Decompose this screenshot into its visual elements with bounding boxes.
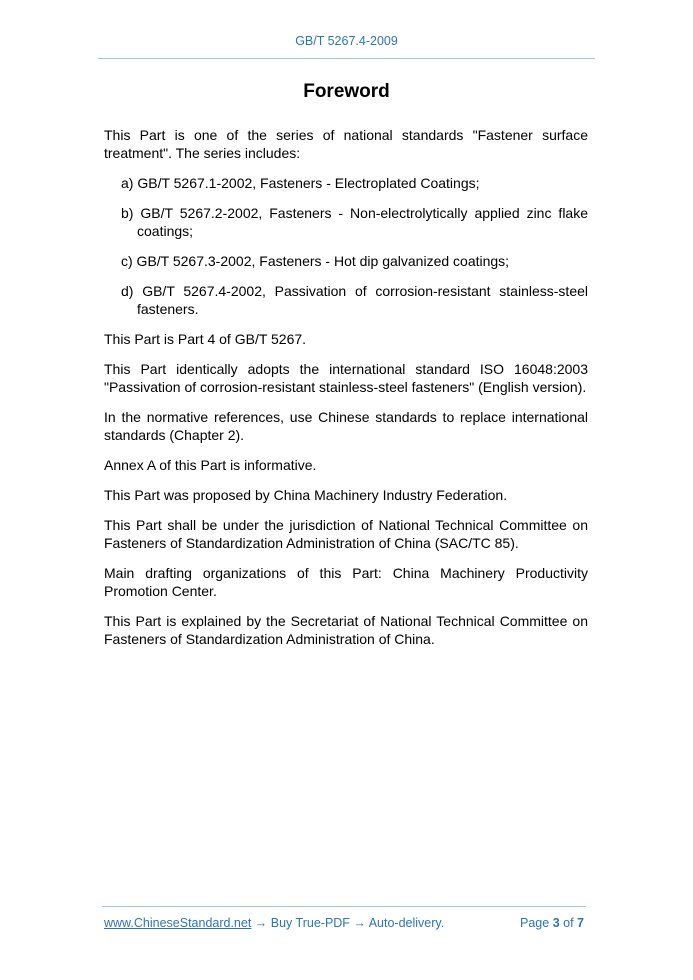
page-footer: www.ChineseStandard.net → Buy True-PDF →… [104, 916, 584, 930]
page-total: 7 [577, 916, 584, 930]
paragraph: This Part is explained by the Secretaria… [104, 612, 588, 648]
document-id-header: GB/T 5267.4-2009 [0, 34, 693, 48]
website-link[interactable]: www.ChineseStandard.net [104, 916, 251, 930]
page-current: 3 [553, 916, 560, 930]
series-list-item: d) GB/T 5267.4-2002, Passivation of corr… [121, 282, 588, 318]
paragraph: This Part shall be under the jurisdictio… [104, 516, 588, 552]
page-number: Page 3 of 7 [520, 916, 584, 930]
paragraph: In the normative references, use Chinese… [104, 408, 588, 444]
footer-divider [102, 906, 586, 907]
paragraph: This Part identically adopts the interna… [104, 360, 588, 396]
paragraph: This Part is Part 4 of GB/T 5267. [104, 330, 588, 348]
footer-tagline: → Buy True-PDF → Auto-delivery. [251, 916, 444, 930]
page-of-label: of [563, 916, 573, 930]
paragraph: Main drafting organizations of this Part… [104, 564, 588, 600]
series-list-item: b) GB/T 5267.2-2002, Fasteners - Non-ele… [121, 204, 588, 240]
page-title: Foreword [0, 81, 693, 103]
page-label: Page [520, 916, 549, 930]
header-divider [98, 58, 595, 59]
intro-paragraph: This Part is one of the series of nation… [104, 126, 588, 162]
series-list-item: c) GB/T 5267.3-2002, Fasteners - Hot dip… [121, 252, 588, 270]
document-body: This Part is one of the series of nation… [104, 126, 588, 660]
series-list-item: a) GB/T 5267.1-2002, Fasteners - Electro… [121, 174, 588, 192]
paragraph: Annex A of this Part is informative. [104, 456, 588, 474]
paragraph: This Part was proposed by China Machiner… [104, 486, 588, 504]
